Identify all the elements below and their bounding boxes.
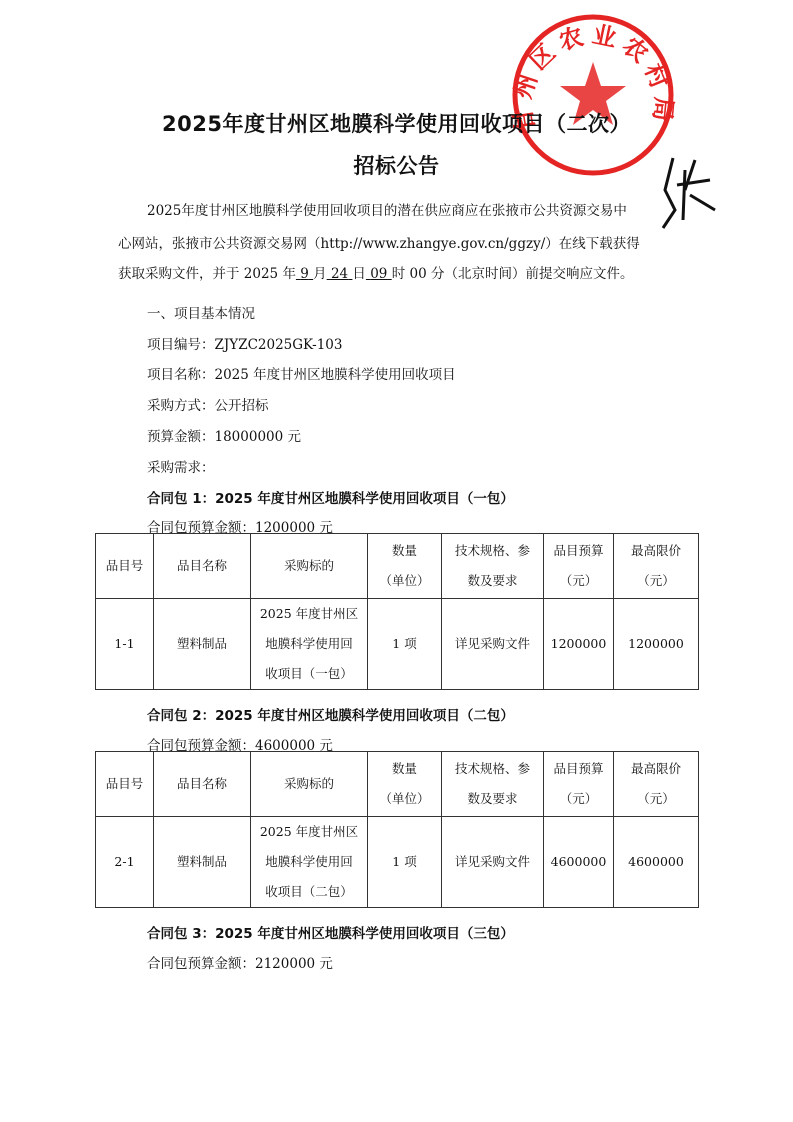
cell-spec: 详见采购文件 <box>442 599 544 690</box>
deadline-month: 9 <box>296 266 313 282</box>
intro-line-2: 心网站，张掖市公共资源交易网（http://www.zhangye.gov.cn… <box>118 232 640 252</box>
cell-max-price: 1200000 <box>614 599 699 690</box>
package-2-title: 合同包 2：2025 年度甘州区地膜科学使用回收项目（二包） <box>147 704 514 724</box>
header-item-name: 品目名称 <box>154 534 251 599</box>
deadline-day: 24 <box>327 266 353 282</box>
month-unit: 月 <box>313 266 327 282</box>
intro-line-1: 2025年度甘州区地膜科学使用回收项目的潜在供应商应在张掖市公共资源交易中 <box>147 199 627 219</box>
budget-amount: 预算金额：18000000 元 <box>147 425 301 445</box>
header-item-budget: 品目预算（元） <box>544 752 614 817</box>
package-3-title: 合同包 3：2025 年度甘州区地膜科学使用回收项目（三包） <box>147 922 514 942</box>
header-item-no: 品目号 <box>96 752 154 817</box>
table-row: 1-1 塑料制品 2025 年度甘州区地膜科学使用回收项目（一包） 1 项 详见… <box>96 599 699 690</box>
table-header-row: 品目号 品目名称 采购标的 数量（单位） 技术规格、参数及要求 品目预算（元） … <box>96 752 699 817</box>
header-target: 采购标的 <box>251 752 368 817</box>
document-title: 2025年度甘州区地膜科学使用回收项目（二次） <box>0 108 793 138</box>
cell-item-name: 塑料制品 <box>154 599 251 690</box>
table-header-row: 品目号 品目名称 采购标的 数量（单位） 技术规格、参数及要求 品目预算（元） … <box>96 534 699 599</box>
project-name: 项目名称：2025 年度甘州区地膜科学使用回收项目 <box>147 363 456 383</box>
deadline-hour: 09 <box>366 266 392 282</box>
header-item-budget: 品目预算（元） <box>544 534 614 599</box>
intro-line-3: 获取采购文件，并于 2025 年 9 月 24 日 09 时 00 分（北京时间… <box>118 262 633 282</box>
cell-target: 2025 年度甘州区地膜科学使用回收项目（二包） <box>251 817 368 908</box>
project-number: 项目编号：ZJYZC2025GK-103 <box>147 333 343 353</box>
package-3-budget: 合同包预算金额：2120000 元 <box>147 952 333 972</box>
package-1-title: 合同包 1：2025 年度甘州区地膜科学使用回收项目（一包） <box>147 487 514 507</box>
header-max-price: 最高限价（元） <box>614 752 699 817</box>
header-qty: 数量（单位） <box>368 752 442 817</box>
table-row: 2-1 塑料制品 2025 年度甘州区地膜科学使用回收项目（二包） 1 项 详见… <box>96 817 699 908</box>
cell-qty: 1 项 <box>368 817 442 908</box>
header-item-no: 品目号 <box>96 534 154 599</box>
document-subtitle: 招标公告 <box>0 150 793 180</box>
header-spec: 技术规格、参数及要求 <box>442 752 544 817</box>
package-2-table: 品目号 品目名称 采购标的 数量（单位） 技术规格、参数及要求 品目预算（元） … <box>95 751 699 908</box>
procurement-requirement: 采购需求： <box>147 456 215 476</box>
cell-item-name: 塑料制品 <box>154 817 251 908</box>
header-item-name: 品目名称 <box>154 752 251 817</box>
cell-item-no: 2-1 <box>96 817 154 908</box>
cell-spec: 详见采购文件 <box>442 817 544 908</box>
intro-prefix: 获取采购文件，并于 2025 年 <box>118 266 296 282</box>
cell-item-budget: 4600000 <box>544 817 614 908</box>
cell-target: 2025 年度甘州区地膜科学使用回收项目（一包） <box>251 599 368 690</box>
intro-suffix: 时 00 分（北京时间）前提交响应文件。 <box>392 266 634 282</box>
cell-item-budget: 1200000 <box>544 599 614 690</box>
header-max-price: 最高限价（元） <box>614 534 699 599</box>
day-unit: 日 <box>352 266 366 282</box>
header-qty: 数量（单位） <box>368 534 442 599</box>
cell-max-price: 4600000 <box>614 817 699 908</box>
section-heading: 一、项目基本情况 <box>147 302 255 322</box>
cell-qty: 1 项 <box>368 599 442 690</box>
cell-item-no: 1-1 <box>96 599 154 690</box>
header-target: 采购标的 <box>251 534 368 599</box>
procurement-method: 采购方式：公开招标 <box>147 394 269 414</box>
package-1-table: 品目号 品目名称 采购标的 数量（单位） 技术规格、参数及要求 品目预算（元） … <box>95 533 699 690</box>
header-spec: 技术规格、参数及要求 <box>442 534 544 599</box>
